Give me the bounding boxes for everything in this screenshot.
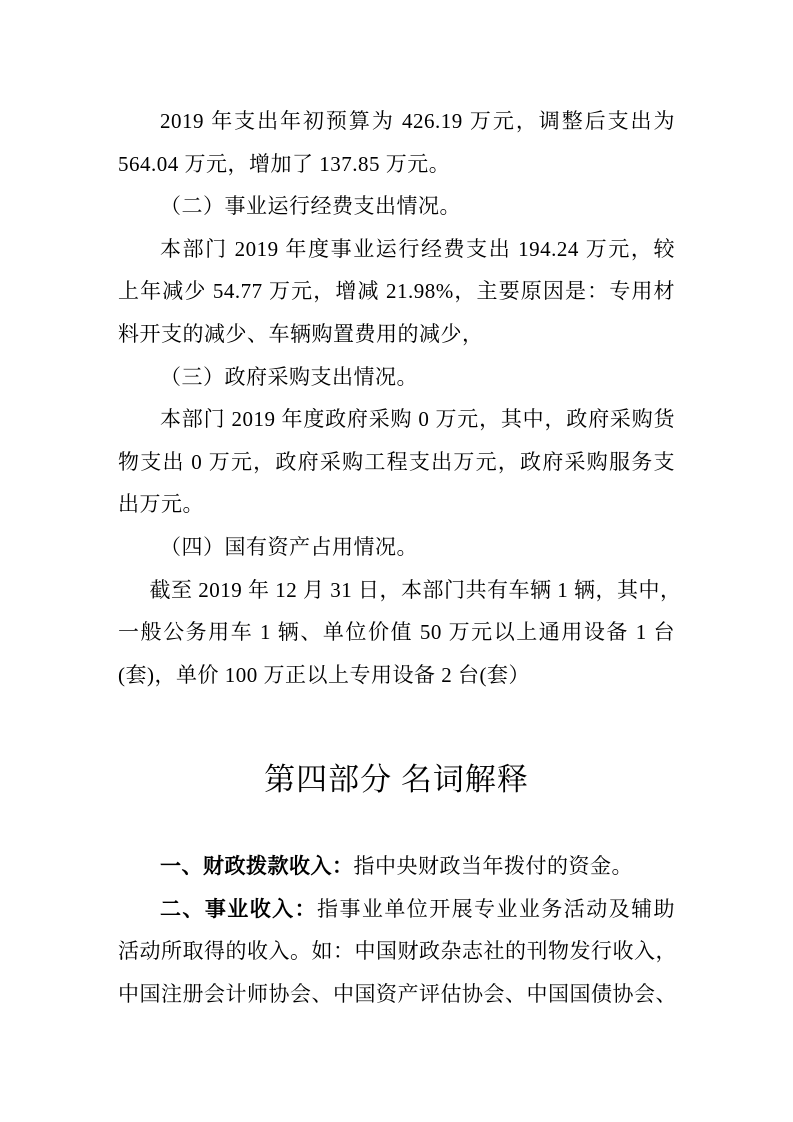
paragraph-line: 截至 2019 年 12 月 31 日，本部门共有车辆 1 辆，其中，	[118, 569, 675, 612]
paragraph-line: (套)，单价 100 万正以上专用设备 2 台(套）	[118, 654, 675, 697]
glossary-entry: 活动所取得的收入。如：中国财政杂志社的刊物发行收入，	[118, 930, 675, 973]
paragraph-line: 料开支的减少、车辆购置费用的减少，	[118, 313, 675, 356]
glossary-definition: 指中央财政当年拨付的资金。	[354, 854, 634, 878]
paragraph-line: 一般公务用车 1 辆、单位价值 50 万元以上通用设备 1 台	[118, 611, 675, 654]
glossary-definition: 中国注册会计师协会、中国资产评估协会、中国国债协会、	[118, 982, 677, 1006]
paragraph-line: 2019 年支出年初预算为 426.19 万元，调整后支出为	[118, 100, 675, 143]
glossary-term: 二、事业收入：	[160, 898, 317, 921]
part-four-title: 第四部分 名词解释	[0, 758, 793, 802]
subsection-heading: （二）事业运行经费支出情况。	[118, 185, 675, 228]
paragraph-line: 本部门 2019 年度事业运行经费支出 194.24 万元，较	[118, 228, 675, 271]
subsection-heading: （四）国有资产占用情况。	[118, 526, 675, 569]
paragraph-line: 本部门 2019 年度政府采购 0 万元，其中，政府采购货	[118, 398, 675, 441]
paragraph-line: 564.04 万元，增加了 137.85 万元。	[118, 143, 675, 186]
glossary-definition: 活动所取得的收入。如：中国财政杂志社的刊物发行收入，	[118, 939, 677, 963]
subsection-heading: （三）政府采购支出情况。	[118, 356, 675, 399]
paragraph-line: 物支出 0 万元，政府采购工程支出万元，政府采购服务支	[118, 441, 675, 484]
glossary-section: 一、财政拨款收入：指中央财政当年拨付的资金。 二、事业收入：指事业单位开展专业业…	[118, 845, 675, 1015]
paragraph-line: 上年减少 54.77 万元，增减 21.98%，主要原因是：专用材	[118, 270, 675, 313]
glossary-entry: 中国注册会计师协会、中国资产评估协会、中国国债协会、	[118, 973, 675, 1016]
glossary-term: 一、财政拨款收入：	[160, 855, 354, 878]
glossary-entry: 一、财政拨款收入：指中央财政当年拨付的资金。	[118, 845, 675, 888]
document-page: 2019 年支出年初预算为 426.19 万元，调整后支出为 564.04 万元…	[0, 0, 793, 1122]
glossary-entry: 二、事业收入：指事业单位开展专业业务活动及辅助	[118, 888, 675, 931]
expenditure-section: 2019 年支出年初预算为 426.19 万元，调整后支出为 564.04 万元…	[118, 100, 675, 696]
paragraph-line: 出万元。	[118, 483, 675, 526]
glossary-definition: 指事业单位开展专业业务活动及辅助	[317, 897, 675, 921]
